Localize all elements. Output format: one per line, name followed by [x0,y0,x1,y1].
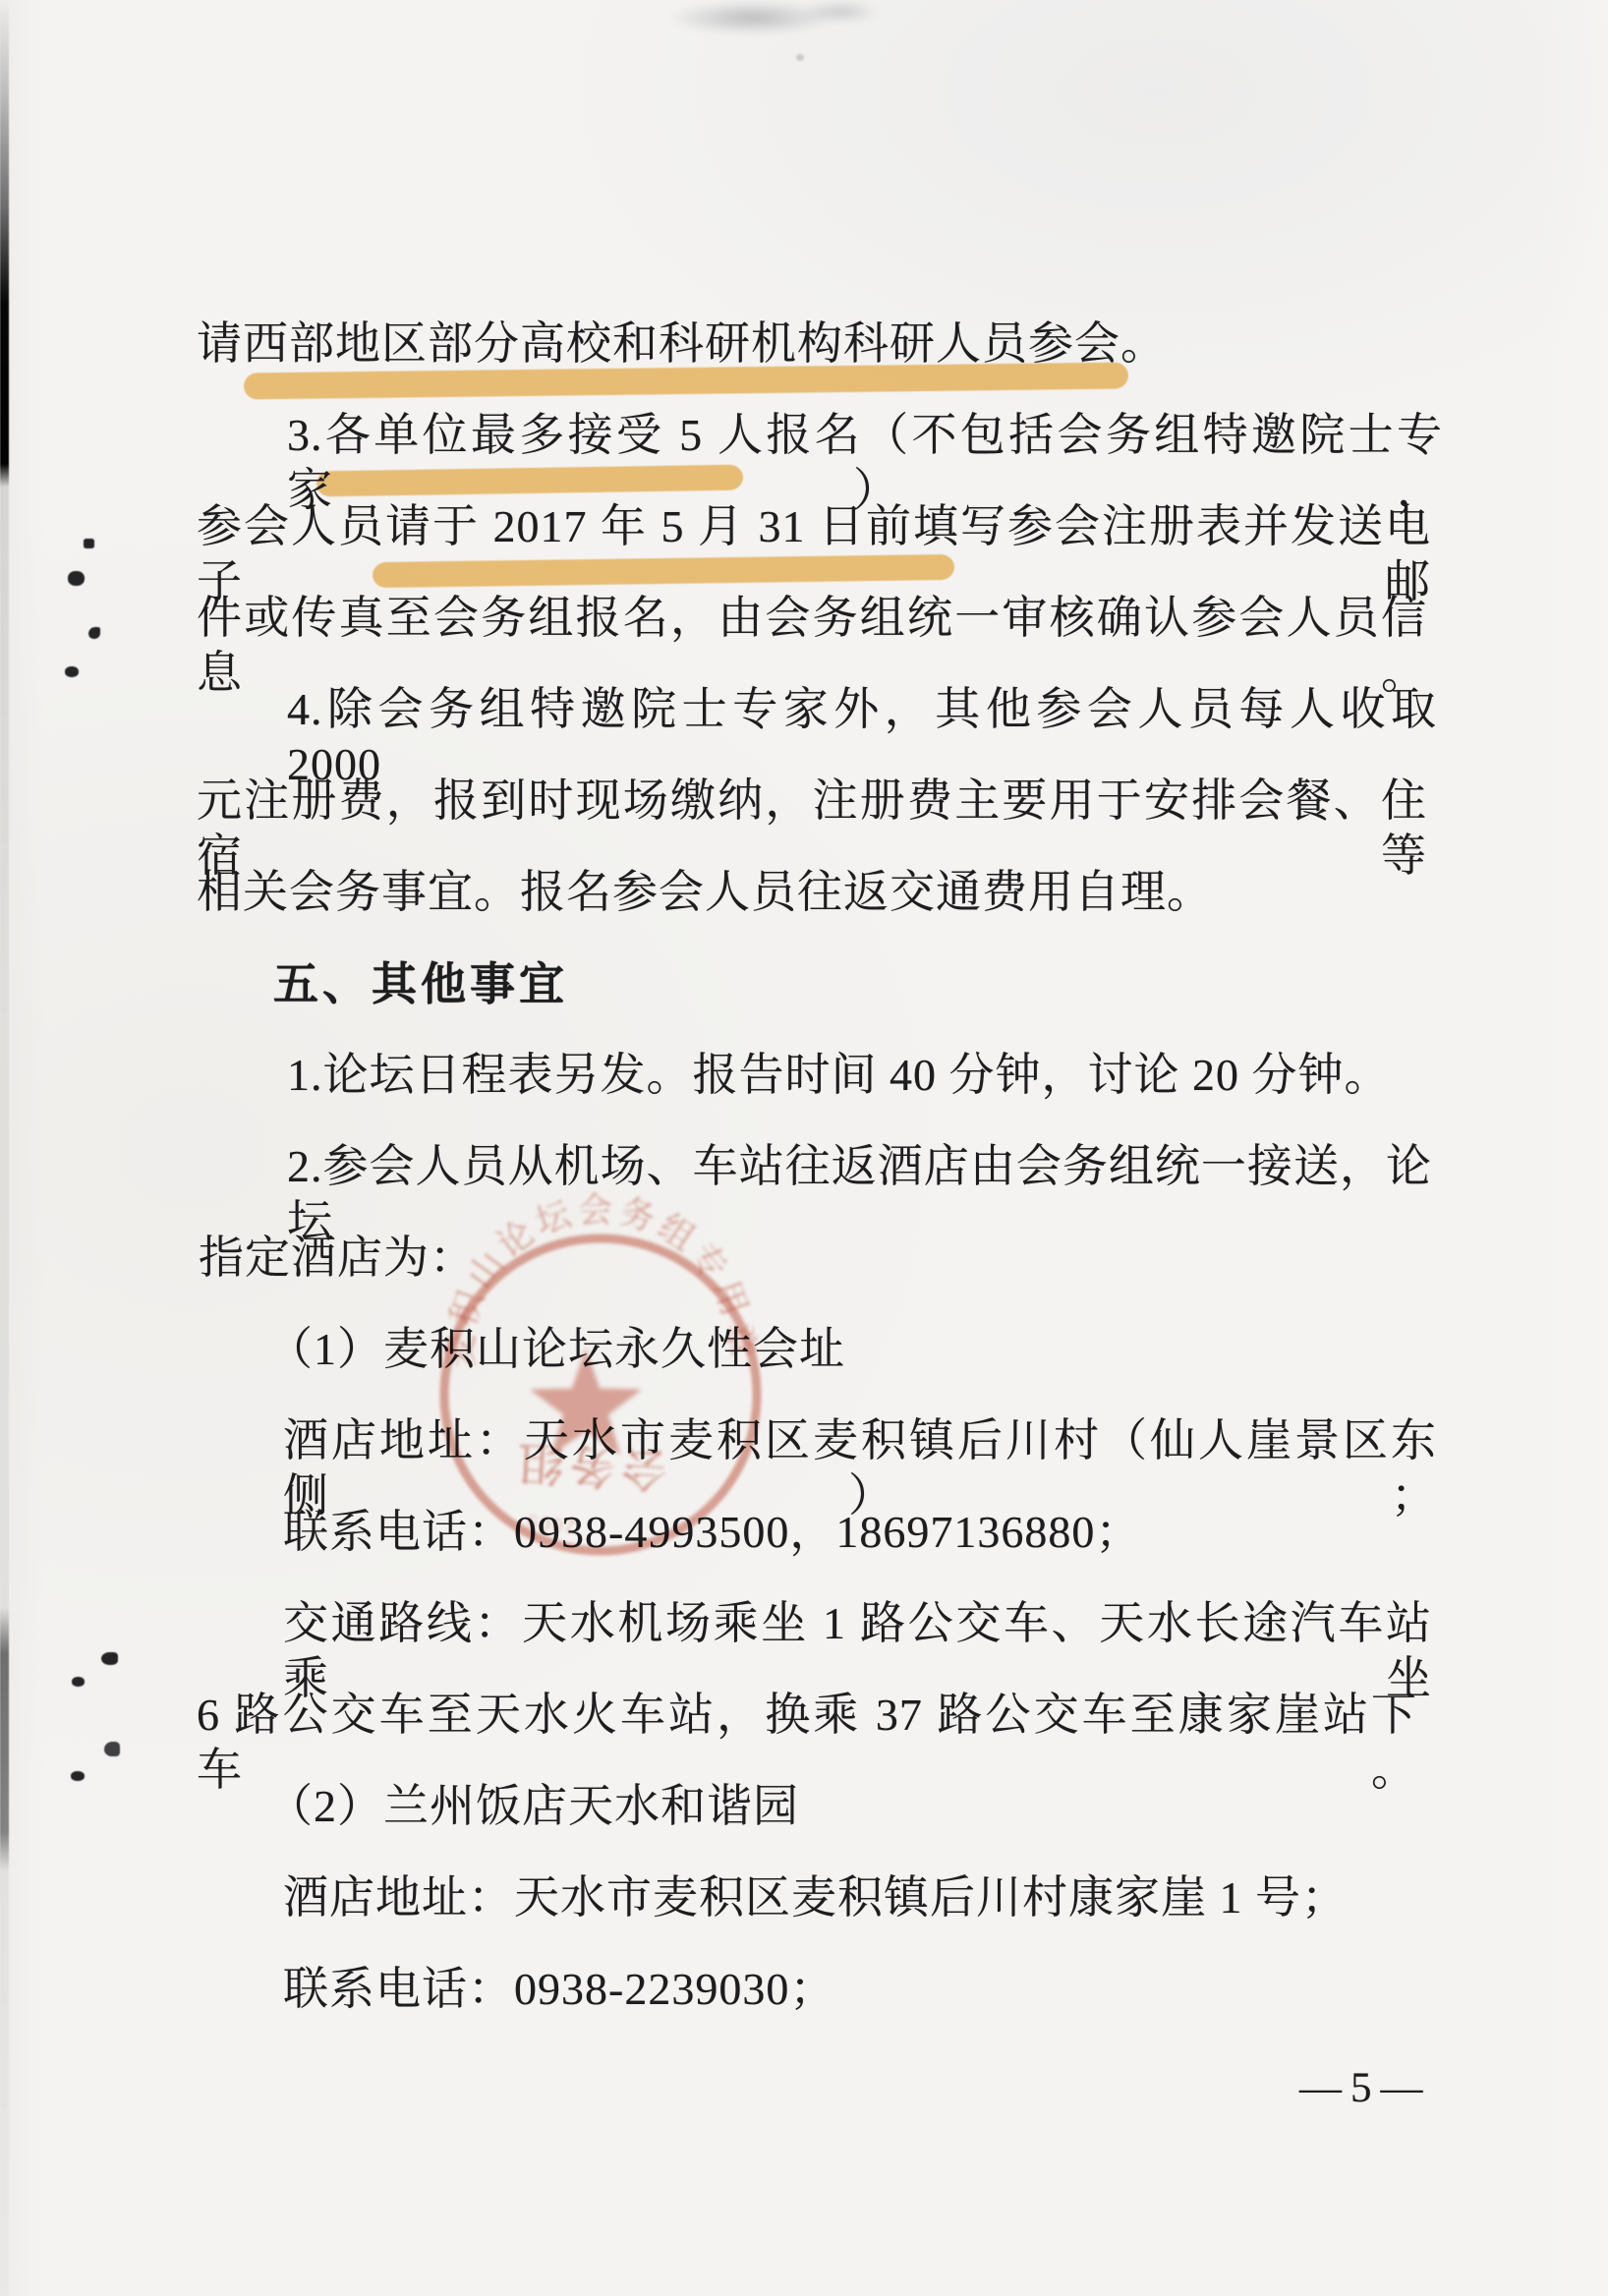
dust-speck [72,1677,85,1687]
doc-line-11: 指定酒店为： [199,1231,476,1286]
scan-smudge [786,0,894,28]
doc-line-7: 相关会务事宜。报名参会人员往返交通费用自理。 [197,865,1213,920]
section-heading: 五、其他事宜 [273,956,568,1011]
scan-smudge-dot [796,54,804,61]
doc-line-9: 1.论坛日程表另发。报告时间 40 分钟，讨论 20 分钟。 [287,1048,1391,1103]
dust-speck [68,571,85,586]
doc-line-1: 请西部地区部分高校和科研机构科研人员参会。 [197,316,1167,372]
dust-speck [104,1742,120,1756]
dust-speck [65,666,79,677]
doc-line-14: 联系电话：0938-4993500，18697136880； [283,1505,1141,1560]
doc-line-19: 联系电话：0938-2239030； [283,1962,835,2017]
scan-edge-artifact [0,0,9,2296]
doc-line-18: 酒店地址：天水市麦积区麦积镇后川村康家崖 1 号； [283,1870,1348,1925]
dust-speck [84,539,94,548]
doc-line-12: （1）麦积山论坛永久性会址 [267,1322,845,1377]
dust-speck [101,1652,118,1665]
page-number: —5— [1299,2064,1432,2112]
doc-line-17: （2）兰州饭店天水和谐园 [267,1779,799,1834]
dust-speck [71,1771,85,1781]
scanned-document-page: 请西部地区部分高校和科研机构科研人员参会。 3.各单位最多接受 5 人报名（不包… [0,0,1608,2296]
dust-speck [88,627,100,639]
